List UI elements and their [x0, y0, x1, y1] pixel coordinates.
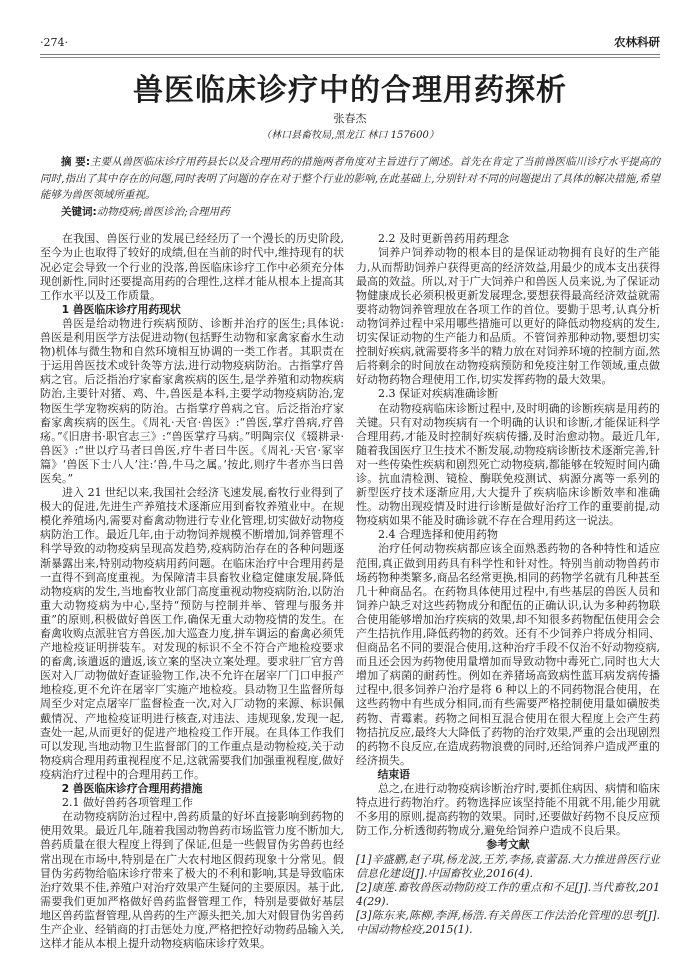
paragraph: 在动物疫病防治过程中,兽药质量的好坏直接影响到药物的使用效果。最近几年,随着我国… [40, 810, 344, 951]
paragraph: 饲养户饲养动物的根本目的是保证动物拥有良好的生产能力,从而帮助饲养户获得更高的经… [356, 246, 660, 387]
section-heading: 结束语 [356, 768, 660, 782]
paragraph: 在我国、兽医行业的发展已经经历了一个漫长的历史阶段,至今为止也取得了较好的成绩,… [40, 232, 344, 302]
keywords-text: 动物疫病;兽医诊治;合理用药 [97, 206, 230, 218]
references-heading: 参考文献 [356, 838, 660, 852]
article-title: 兽医临床诊疗中的合理用药探析 [40, 74, 660, 108]
reference-item: [3]陈东来,陈柳,李湃,杨浩.有关兽医工作法治化管理的思考[J].中国动物检疫… [356, 909, 660, 937]
journal-page: ·274· 农林科研 兽医临床诊疗中的合理用药探析 张春杰 （林口县畜牧局,黑龙… [0, 0, 700, 967]
author-affiliation: （林口县畜牧局,黑龙江 林口 157600） [40, 129, 660, 142]
paragraph: 进入 21 世纪以来,我国社会经济飞速发展,畜牧行业得到了极大的促进,先进生产养… [40, 486, 344, 782]
reference-item: [1]辛盛鹏,赵子琪,杨龙波,王芳,李扬,袁蕾磊.大力推进兽医行业信息化建设[J… [356, 853, 660, 881]
abstract-label: 摘 要: [61, 156, 90, 168]
paragraph: 在动物疫病临床诊断过程中,及时明确的诊断疾病是用药的关键。只有对动物疾病有一个明… [356, 402, 660, 529]
subsection-heading: 2.3 保证对疾病准确诊断 [356, 387, 660, 401]
keywords-label: 关键词: [61, 206, 97, 218]
paragraph: 总之,在进行动物疫病诊断治疗时,要抓住病因、病情和临床特点进行药物治疗。药物选择… [356, 782, 660, 838]
keywords-line: 关键词:动物疫病;兽医诊治;合理用药 [40, 204, 660, 221]
subsection-heading: 2.2 及时更新兽药用药理念 [356, 232, 660, 246]
paragraph: 兽医是给动物进行疾病预防、诊断并治疗的医生;具体说:兽医是利用医学方法促进动物(… [40, 317, 344, 486]
author-name: 张春杰 [40, 112, 660, 126]
abstract-text: 主要从兽医临床诊疗用药县长以及合理用药的措施两者角度对主旨进行了阐述。首先在肯定… [40, 156, 660, 201]
reference-item: [2]康莲.畜牧兽医动物防疫工作的重点和不足[J].当代畜牧,2014(29). [356, 881, 660, 909]
article-body: 在我国、兽医行业的发展已经经历了一个漫长的历史阶段,至今为止也取得了较好的成绩,… [40, 232, 660, 951]
subsection-heading: 2.1 做好兽药各项管理工作 [40, 796, 344, 810]
subsection-heading: 2.4 合理选择和使用药物 [356, 528, 660, 542]
section-heading: 1 兽医临床诊疗用药现状 [40, 303, 344, 317]
left-column: 在我国、兽医行业的发展已经经历了一个漫长的历史阶段,至今为止也取得了较好的成绩,… [40, 232, 344, 951]
section-heading: 2 兽医临床诊疗合理用药措施 [40, 782, 344, 796]
journal-name: 农林科研 [614, 36, 660, 49]
header-double-rule [40, 54, 660, 58]
page-number: ·274· [40, 36, 68, 49]
abstract-block: 摘 要:主要从兽医临床诊疗用药县长以及合理用药的措施两者角度对主旨进行了阐述。首… [40, 154, 660, 220]
right-column: 2.2 及时更新兽药用药理念饲养户饲养动物的根本目的是保证动物拥有良好的生产能力… [356, 232, 660, 951]
running-head: ·274· 农林科研 [40, 36, 660, 49]
paragraph: 治疗任何动物疾病都应该全面熟悉药物的各种特性和适应范围,真正做到用药具有科学性和… [356, 542, 660, 768]
abstract-paragraph: 摘 要:主要从兽医临床诊疗用药县长以及合理用药的措施两者角度对主旨进行了阐述。首… [40, 154, 660, 204]
